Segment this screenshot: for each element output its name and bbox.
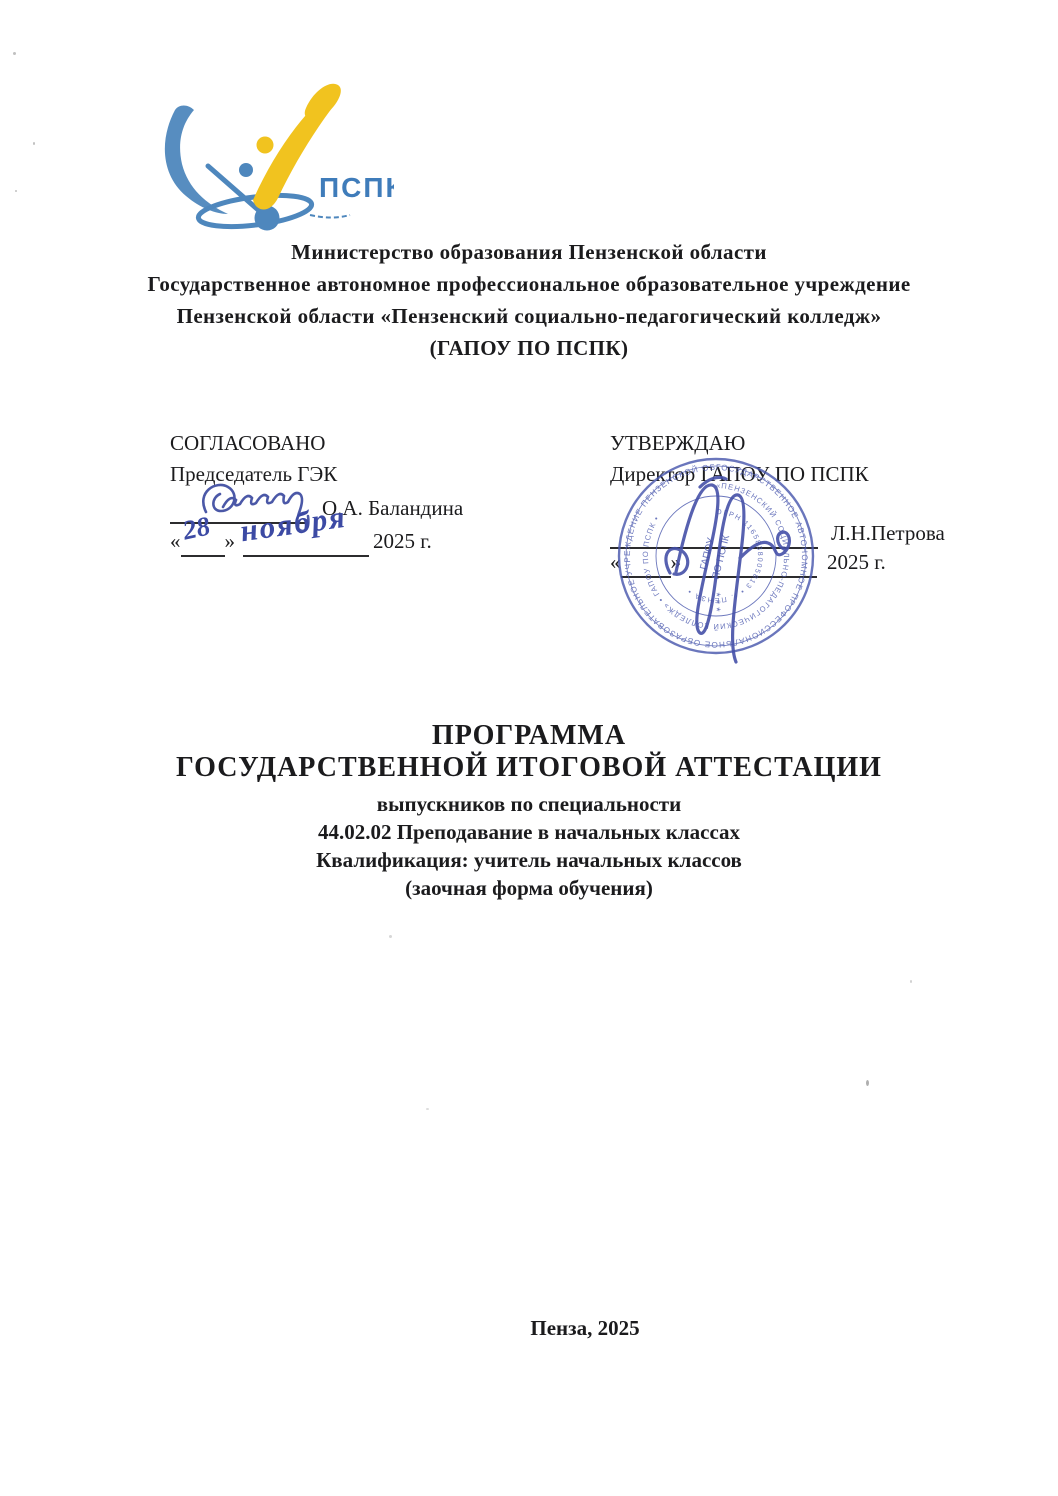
- institution-line: Пензенской области «Пензенский социально…: [0, 300, 1058, 332]
- program-subtitle: ГОСУДАРСТВЕННОЙ ИТОГОВОЙ АТТЕСТАЦИИ: [0, 752, 1058, 784]
- footer-city-year: Пенза, 2025: [56, 1316, 1058, 1341]
- institution-line: (ГАПОУ ПО ПСПК): [0, 332, 1058, 364]
- logo-yellow-dot: [257, 137, 274, 154]
- director-signature: [600, 455, 850, 685]
- program-title: ПРОГРАММА: [0, 720, 1058, 752]
- institution-header: Министерство образования Пензенской обла…: [0, 236, 1058, 364]
- document-page: ПСПК Министерство образования Пензенской…: [0, 0, 1058, 1496]
- logo-acronym: ПСПК: [319, 172, 394, 203]
- scan-speck: [15, 190, 17, 192]
- quote-open: «: [170, 526, 181, 557]
- specialty-line: 44.02.02 Преподавание в начальных класса…: [0, 818, 1058, 846]
- qualification-line: Квалификация: учитель начальных классов: [0, 846, 1058, 874]
- title-block: ПРОГРАММА ГОСУДАРСТВЕННОЙ ИТОГОВОЙ АТТЕС…: [0, 720, 1058, 902]
- agreed-year: 2025 г.: [373, 526, 432, 557]
- institution-line: Министерство образования Пензенской обла…: [0, 236, 1058, 268]
- scan-speck: [866, 1080, 869, 1086]
- logo-yellow-tip: [305, 84, 341, 120]
- scan-speck: [910, 980, 912, 983]
- pspk-logo: ПСПК: [158, 76, 394, 242]
- scan-speck: [33, 142, 35, 145]
- institution-line: Государственное автономное профессиональ…: [0, 268, 1058, 300]
- logo-blue-wing: [165, 106, 228, 215]
- scan-speck: [13, 52, 16, 55]
- graduates-line: выпускников по специальности: [0, 790, 1058, 818]
- agreed-title: СОГЛАСОВАНО: [170, 428, 540, 459]
- scan-speck: [389, 935, 392, 938]
- logo-nucleus: [255, 206, 280, 231]
- study-form-line: (заочная форма обучения): [0, 874, 1058, 902]
- scan-speck: [426, 1108, 429, 1110]
- logo-orbit-tail: [310, 215, 350, 218]
- logo-small-dot: [239, 163, 253, 177]
